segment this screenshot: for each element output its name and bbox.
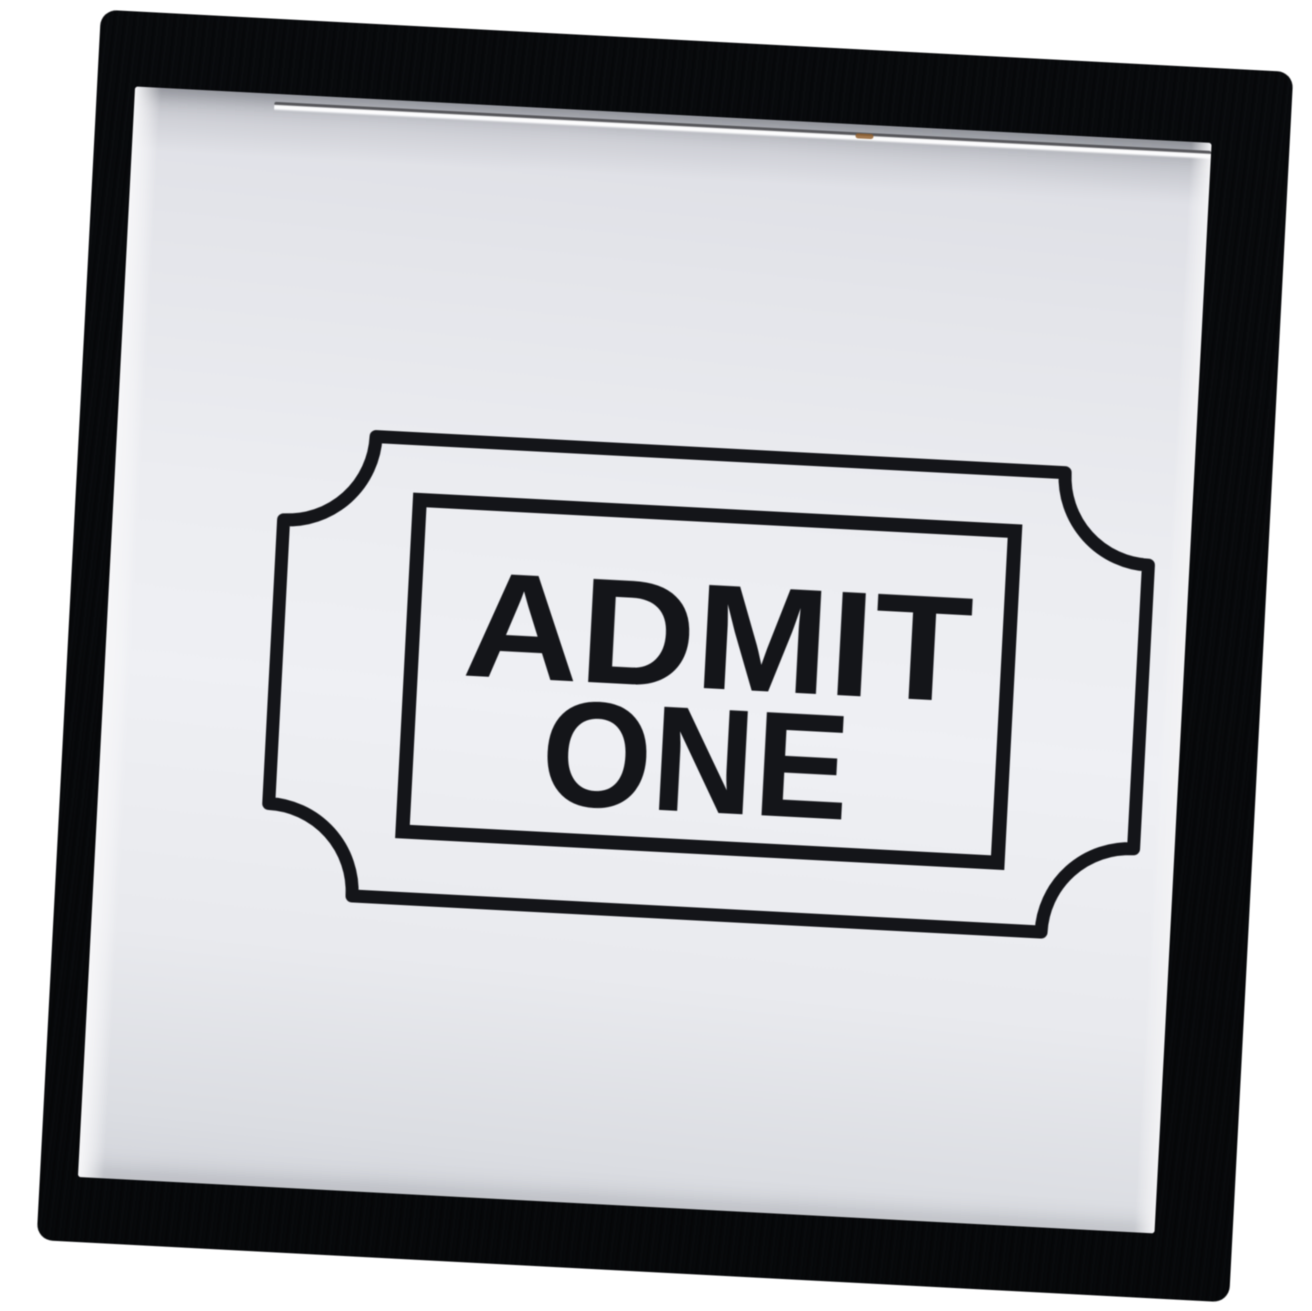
rust-speck bbox=[855, 133, 873, 139]
interior-left-wall-highlight bbox=[78, 86, 161, 1178]
glass-edge-highlight bbox=[274, 102, 1211, 160]
ticket-text-one: ONE bbox=[537, 668, 853, 852]
admit-one-ticket-graphic: ADMIT ONE bbox=[257, 425, 1161, 944]
product-photo: ADMIT ONE bbox=[0, 0, 1312, 1311]
shadow-box-frame: ADMIT ONE bbox=[37, 10, 1294, 1303]
frame-interior: ADMIT ONE bbox=[78, 86, 1212, 1233]
